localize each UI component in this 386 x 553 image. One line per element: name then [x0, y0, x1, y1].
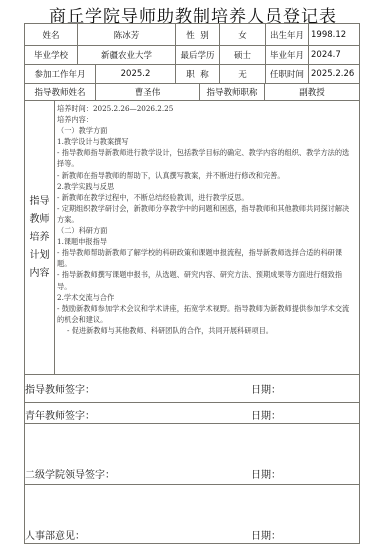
plan-line: 培养时间：2025.2.26—2026.2.25: [57, 103, 356, 114]
college-date-label: 日期：: [251, 466, 281, 481]
young-teacher-signature-label: 青年教师签字：: [25, 407, 95, 422]
college-signature-label: 二级学院领导签字：: [25, 466, 115, 481]
plan-line: - 鼓励新教师参加学术会议和学术讲座，拓宽学术视野。指导教师为新教师提供参加学术…: [57, 303, 356, 325]
degree-label: 最后学历: [176, 46, 220, 65]
school-value: 新疆农业大学: [78, 46, 176, 65]
birth-value: 1998.12: [309, 24, 360, 46]
work-value: 2025.2: [96, 65, 176, 84]
college-signature-row: 二级学院领导签字： 日期：: [25, 424, 360, 485]
gender-label: 性 别: [176, 24, 220, 46]
gender-value: 女: [220, 24, 266, 46]
job-title-value: 无: [220, 65, 266, 84]
appoint-label: 任职时间: [266, 65, 309, 84]
plan-line: - 指导新教师撰写课题申报书，从选题、研究内容、研究方法、预期成果等方面进行细致…: [57, 269, 356, 291]
mentor-signature-label: 指导教师签字：: [25, 381, 95, 396]
degree-value: 硕士: [220, 46, 266, 65]
birth-label: 出生年月: [266, 24, 309, 46]
mentor-name-value: 曹圣伟: [96, 84, 200, 101]
plan-line: - 新教师在指导教师的帮助下，认真撰写教案，并不断进行修改和完善。: [57, 170, 356, 181]
hr-opinion-row: 人事部意见： 日期：: [25, 485, 360, 544]
plan-label-line: 内容: [30, 265, 50, 283]
grad-label: 毕业年月: [266, 46, 309, 65]
plan-line: - 促进新教师与其他教师、科研团队的合作，共同开展科研项目。: [57, 325, 356, 336]
plan-line: - 定期组织教学研讨会，新教师分享教学中的问题和困惑，指导教师和其他教师共同探讨…: [57, 203, 356, 225]
mentor-name-label: 指导教师姓名: [25, 84, 96, 101]
job-title-label: 职 称: [176, 65, 220, 84]
plan-label-line: 教师: [30, 211, 50, 229]
plan-line: 2.学术交流与合作: [57, 292, 356, 303]
plan-line: - 指导教师帮助新教师了解学校的科研政策和课题申报流程，指导新教师选择合适的科研…: [57, 247, 356, 269]
mentor-date-label: 日期：: [251, 381, 281, 396]
plan-label: 指导 教师 培养 计划 内容: [25, 101, 55, 375]
name-label: 姓名: [25, 24, 78, 46]
mentor-title-value: 副教授: [265, 84, 360, 101]
mentor-title-label: 指导教师职称: [200, 84, 265, 101]
plan-line: 1.教学设计与教案撰写: [57, 136, 356, 147]
work-label: 参加工作年月: [25, 65, 96, 84]
hr-opinion-label: 人事部意见：: [25, 527, 85, 542]
young-teacher-date-label: 日期：: [251, 407, 281, 422]
plan-line: 2.教学实践与反思: [57, 181, 356, 192]
plan-label-line: 计划: [30, 247, 50, 265]
grad-value: 2024.7: [309, 46, 360, 65]
plan-label-line: 培养: [30, 229, 50, 247]
plan-line: 1.课题申报指导: [57, 236, 356, 247]
plan-line: - 指导教师指导新教师进行教学设计，包括教学目标的确定、教学内容的组织、教学方法…: [57, 147, 356, 169]
plan-content: 培养时间：2025.2.26—2026.2.25 培养内容： （一）教学方面 1…: [55, 101, 360, 375]
plan-line: - 新教师在教学过程中，不断总结经验教训，进行教学反思。: [57, 192, 356, 203]
name-value: 陈冰芳: [78, 24, 176, 46]
mentor-signature-row: 指导教师签字： 日期：: [25, 375, 360, 403]
plan-line: （一）教学方面: [57, 125, 356, 136]
hr-date-label: 日期：: [251, 527, 281, 542]
appoint-value: 2025.2.26: [309, 65, 360, 84]
plan-line: （二）科研方面: [57, 225, 356, 236]
plan-line: 培养内容：: [57, 114, 356, 125]
school-label: 毕业学校: [25, 46, 78, 65]
plan-label-line: 指导: [30, 193, 50, 211]
young-teacher-signature-row: 青年教师签字： 日期：: [25, 403, 360, 424]
